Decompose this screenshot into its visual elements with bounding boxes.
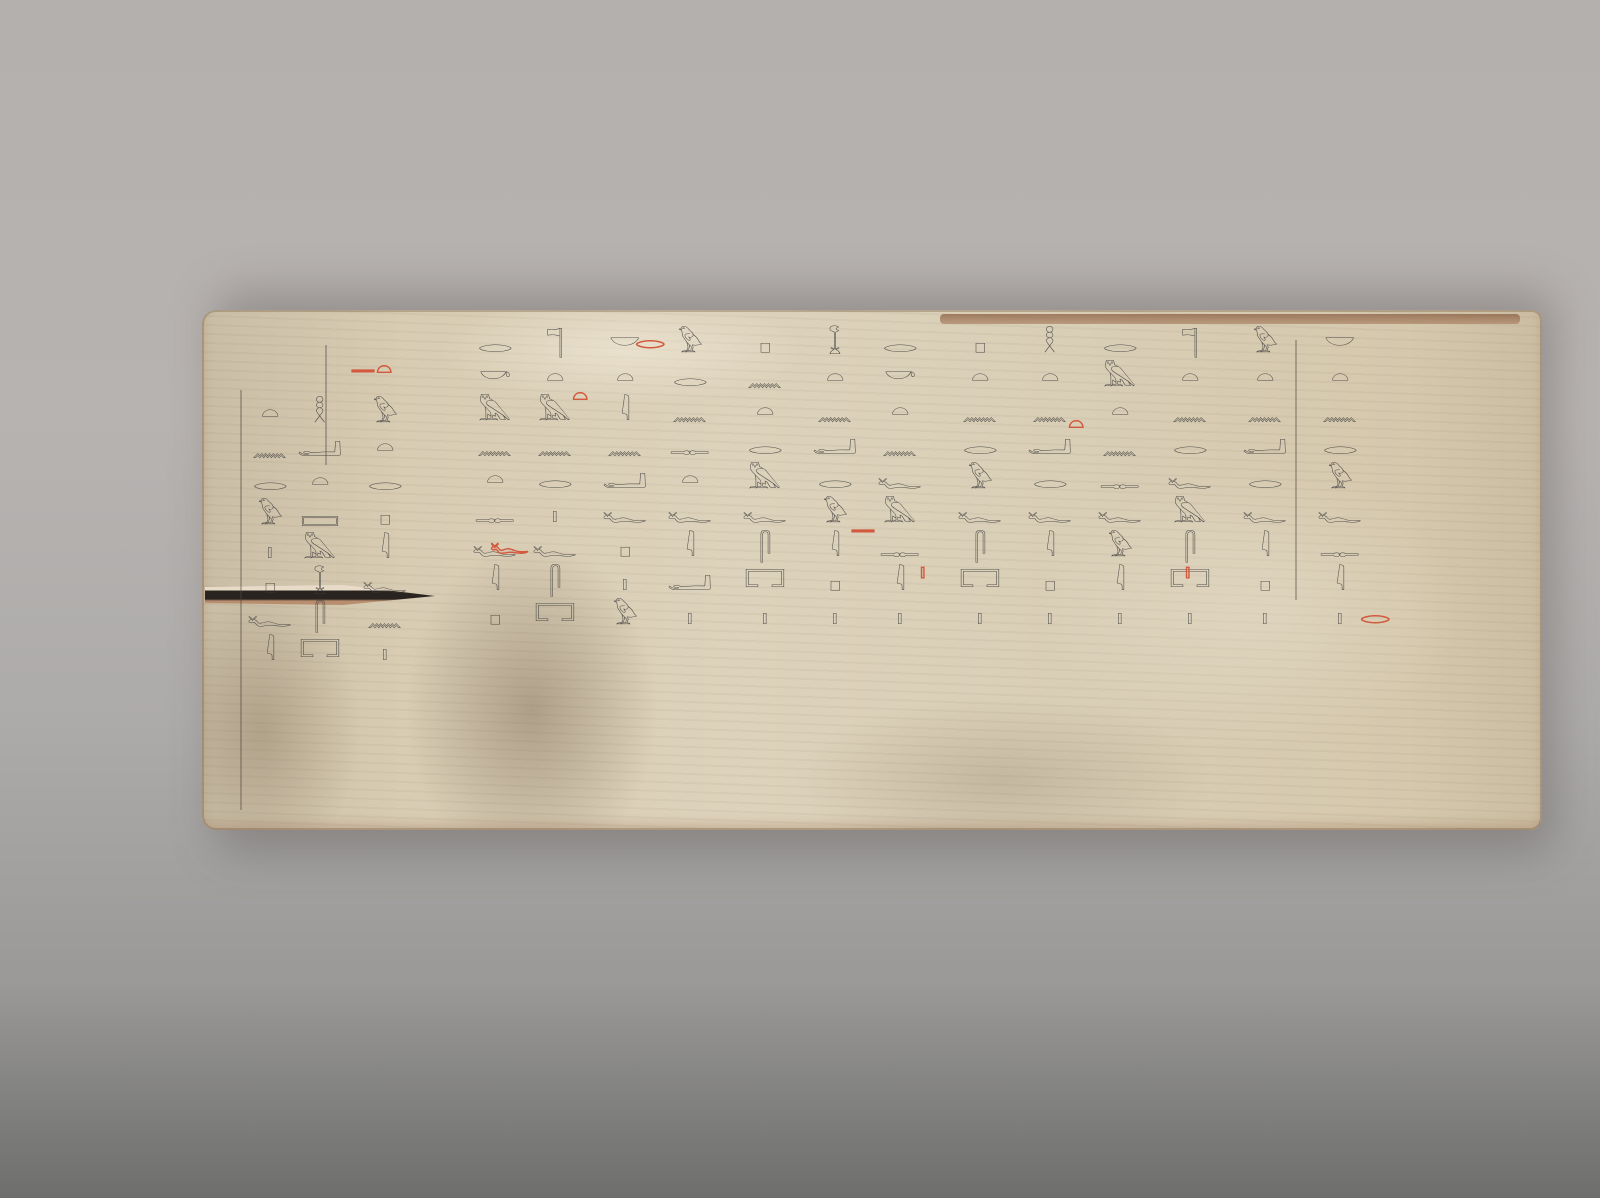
hieratic-glyph: 𓇋: [265, 638, 275, 666]
hieratic-glyph: 𓂋: [252, 468, 287, 496]
hieratic-glyph: 𓏏: [376, 434, 395, 462]
hieratic-glyph: 𓏤: [1187, 602, 1193, 630]
script-column: 𓅱𓂋𓈖𓊃𓏏𓆑𓇋𓂝𓏤: [670, 330, 710, 630]
hieratic-glyph: 𓊃: [670, 432, 711, 460]
hieratic-glyph: 𓈖: [252, 434, 288, 462]
hieratic-glyph: 𓉐: [744, 568, 785, 596]
hieratic-glyph: 𓊪: [264, 570, 276, 598]
hieratic-glyph: 𓏤: [1047, 602, 1053, 630]
script-column: 𓅱𓏏𓈖𓂝𓂋𓆑𓇋𓊪𓏤: [1245, 330, 1285, 630]
hieratic-glyph: 𓊪: [1259, 568, 1271, 596]
hieratic-glyph: 𓇋: [685, 534, 695, 562]
hieratic-glyph: 𓊃: [1100, 466, 1141, 494]
hieratic-glyph: 𓇋: [490, 568, 500, 596]
red-correction-mark: 𓏏: [1068, 400, 1084, 442]
script-column: 𓎟𓏏𓇋𓈖𓂝𓆑𓊪𓏤𓅱: [605, 330, 645, 630]
hieratic-glyph: 𓏤: [687, 602, 693, 630]
hieratic-glyph: 𓆑: [668, 500, 713, 528]
hieratic-glyph: 𓂋: [537, 466, 572, 494]
hieratic-glyph: 𓆑: [533, 534, 578, 562]
hieratic-glyph: 𓈙: [300, 502, 339, 530]
hieratic-glyph: 𓏤: [1262, 602, 1268, 630]
red-correction-mark: 𓏤: [920, 545, 925, 587]
hieratic-glyph: 𓂋: [1102, 330, 1137, 358]
hieratic-glyph: 𓏏: [616, 364, 635, 392]
ruled-line: [1295, 340, 1297, 600]
red-correction-mark: 𓏤: [1185, 545, 1190, 587]
hieratic-glyph: 𓂋: [672, 364, 707, 392]
hieratic-glyph: 𓅱: [257, 502, 283, 530]
script-column: 𓂋𓎡𓏏𓈖𓆑𓅓𓊃𓇋𓏤: [880, 330, 920, 630]
hieratic-glyph: 𓏤: [622, 568, 628, 596]
script-column: 𓂋𓅓𓏏𓈖𓊃𓆑𓅱𓇋𓏤: [1100, 330, 1140, 630]
hieratic-glyph: 𓏤: [897, 602, 903, 630]
hieratic-glyph: 𓅱: [967, 466, 993, 494]
hieratic-glyph: 𓇋: [1335, 568, 1345, 596]
hieratic-glyph: 𓏏: [681, 466, 700, 494]
hieratic-glyph: 𓅓: [478, 398, 511, 426]
script-column: 𓎟𓏏𓈖𓂋𓅱𓆑𓊃𓇋𓏤: [1320, 330, 1360, 630]
hieratic-glyph: 𓆑: [1028, 500, 1073, 528]
hieratic-glyph: 𓏏: [1111, 398, 1130, 426]
hieratic-glyph: 𓏏: [826, 364, 845, 392]
hieratic-glyph: 𓏤: [832, 602, 838, 630]
hieratic-glyph: 𓏏: [261, 400, 280, 428]
hieratic-glyph: 𓋴: [759, 534, 772, 562]
hieratic-glyph: 𓈖: [367, 604, 403, 632]
hieratic-glyph: 𓂝: [297, 434, 342, 462]
script-column: 𓊹𓏏𓅓𓈖𓂋𓏤𓆑𓋴𓉐: [535, 330, 575, 630]
board-top-edge-wear: [940, 314, 1520, 324]
hieratic-glyph: 𓈖: [672, 398, 708, 426]
red-correction-mark: 𓂋: [1360, 590, 1391, 632]
hieratic-glyph: 𓏏: [756, 398, 775, 426]
hieratic-glyph: 𓏤: [977, 602, 983, 630]
hieratic-glyph: 𓆑: [1243, 500, 1288, 528]
hieratic-glyph: 𓆑: [1168, 466, 1213, 494]
hieratic-glyph: 𓊹: [1181, 330, 1199, 358]
hieratic-glyph: 𓈖: [1172, 398, 1208, 426]
hieratic-glyph: 𓎛: [1043, 330, 1056, 358]
hieratic-glyph: 𓏏: [1181, 364, 1200, 392]
hieratic-glyph: 𓇋: [380, 536, 390, 564]
hieratic-glyph: 𓆑: [878, 466, 923, 494]
hieratic-glyph: 𓈖: [962, 398, 998, 426]
hieratic-glyph: 𓏤: [267, 536, 273, 564]
hieratic-glyph: 𓏏: [1331, 364, 1350, 392]
hieratic-glyph: 𓇋: [1115, 568, 1125, 596]
hieratic-glyph: 𓊪: [829, 568, 841, 596]
hieratic-glyph: 𓂋: [367, 468, 402, 496]
hieratic-glyph: 𓅓: [748, 466, 781, 494]
red-correction-mark: —: [850, 515, 876, 545]
hieratic-glyph: 𓂋: [962, 432, 997, 460]
hieratic-glyph: 𓎡: [479, 364, 511, 392]
hieratic-glyph: 𓂋: [747, 432, 782, 460]
script-column: 𓏏𓈖𓂋𓅱𓏤𓊪𓆑𓇋: [250, 400, 290, 666]
hieratic-glyph: 𓈖: [607, 432, 643, 460]
hieratic-glyph: 𓏤: [552, 500, 558, 528]
script-column: 𓆼𓏏𓈖𓂝𓂋𓅱𓇋𓊪𓏤: [815, 330, 855, 630]
hieratic-glyph: 𓉐: [959, 568, 1000, 596]
hieratic-glyph: 𓋴: [974, 534, 987, 562]
hieratic-glyph: 𓂝: [812, 432, 857, 460]
hieratic-glyph: 𓇋: [620, 398, 630, 426]
hieratic-glyph: 𓆼: [828, 330, 842, 358]
hieratic-glyph: 𓊪: [489, 602, 501, 630]
hieratic-glyph: 𓏏: [546, 364, 565, 392]
hieratic-glyph: 𓈖: [1032, 398, 1068, 426]
hieratic-glyph: 𓈖: [1322, 398, 1358, 426]
hieratic-glyph: 𓅱: [1252, 330, 1278, 358]
hieratic-glyph: 𓂋: [1322, 432, 1357, 460]
hieratic-glyph: 𓅱: [1327, 466, 1353, 494]
hieratic-glyph: 𓂝: [602, 466, 647, 494]
hieratic-glyph: 𓂝: [667, 568, 712, 596]
hieratic-glyph: 𓆑: [1318, 500, 1363, 528]
hieratic-glyph: 𓊪: [974, 330, 986, 358]
hieratic-glyph: 𓇋: [1045, 534, 1055, 562]
hieratic-glyph: 𓆼: [313, 570, 327, 598]
hieratic-glyph: 𓅓: [1173, 500, 1206, 528]
hieratic-glyph: 𓇋: [895, 568, 905, 596]
hieratic-glyph: 𓊪: [619, 534, 631, 562]
hieratic-glyph: 𓂋: [1247, 466, 1282, 494]
hieratic-glyph: 𓂋: [817, 466, 852, 494]
script-column: 𓎛𓏏𓈖𓂝𓂋𓆑𓇋𓊪𓏤: [1030, 330, 1070, 630]
ruled-line: [240, 390, 242, 810]
red-correction-mark: —𓏏: [350, 345, 392, 387]
hieratic-glyph: 𓂝: [1242, 432, 1287, 460]
hieratic-glyph: 𓊪: [759, 330, 771, 358]
hieratic-glyph: 𓅱: [677, 330, 703, 358]
hieratic-glyph: 𓊹: [546, 330, 564, 358]
hieratic-glyph: 𓂝: [1027, 432, 1072, 460]
hieratic-glyph: 𓈖: [537, 432, 573, 460]
hieratic-glyph: 𓂋: [477, 330, 512, 358]
hieratic-glyph: 𓊃: [880, 534, 921, 562]
hieratic-glyph: 𓏏: [486, 466, 505, 494]
hieratic-glyph: 𓅓: [883, 500, 916, 528]
hieratic-glyph: 𓊪: [1044, 568, 1056, 596]
hieratic-glyph: 𓈖: [882, 432, 918, 460]
hieratic-glyph: 𓇋: [830, 534, 840, 562]
hieratic-glyph: 𓈖: [817, 398, 853, 426]
script-column: 𓅱𓏏𓂋𓊪𓇋𓆑𓈖𓏤: [365, 400, 405, 666]
hieratic-glyph: 𓂋: [1032, 466, 1067, 494]
hieratic-glyph: 𓏤: [1337, 602, 1343, 630]
hieratic-glyph: 𓆑: [958, 500, 1003, 528]
script-column: 𓊪𓈖𓏏𓂋𓅓𓆑𓋴𓉐𓏤: [745, 330, 785, 630]
hieratic-glyph: 𓊪: [379, 502, 391, 530]
hieratic-glyph: 𓈖: [477, 432, 513, 460]
hieratic-glyph: 𓈖: [1247, 398, 1283, 426]
red-correction-mark: 𓂋: [635, 315, 666, 357]
hieratic-glyph: 𓅓: [1103, 364, 1136, 392]
red-correction-mark: 𓏏: [572, 372, 588, 414]
hieratic-glyph: 𓅱: [1107, 534, 1133, 562]
script-column: 𓂋𓎡𓅓𓈖𓏏𓊃𓆑𓇋𓊪: [475, 330, 515, 630]
hieratic-glyph: 𓂋: [882, 330, 917, 358]
hieratic-glyph: 𓆑: [603, 500, 648, 528]
hieratic-glyph: 𓇋: [1260, 534, 1270, 562]
hieratic-glyph: 𓎡: [884, 364, 916, 392]
hieratic-glyph: 𓆑: [248, 604, 293, 632]
hieratic-glyph: 𓆑: [1098, 500, 1143, 528]
hieratic-glyph: 𓏏: [1256, 364, 1275, 392]
hieratic-glyph: 𓅱: [372, 400, 398, 428]
script-column: 𓊪𓏏𓈖𓂋𓅱𓆑𓋴𓉐𓏤: [960, 330, 1000, 630]
hieratic-glyph: 𓏤: [762, 602, 768, 630]
red-correction-mark: 𓆑: [490, 520, 529, 562]
hieratic-glyph: 𓂋: [1172, 432, 1207, 460]
hieratic-glyph: 𓋴: [549, 568, 562, 596]
hieratic-glyph: 𓅓: [303, 536, 336, 564]
hieratic-glyph: 𓎛: [313, 400, 326, 428]
hieratic-glyph: 𓏤: [382, 638, 388, 666]
hieratic-glyph: 𓆑: [363, 570, 408, 598]
hieratic-glyph: 𓏤: [1117, 602, 1123, 630]
hieratic-glyph: 𓏏: [971, 364, 990, 392]
hieratic-glyph: 𓏏: [311, 468, 330, 496]
hieratic-glyph: 𓎟: [1324, 330, 1355, 358]
hieratic-glyph: 𓏏: [891, 398, 910, 426]
hieratic-glyph: 𓊃: [1320, 534, 1361, 562]
script-column: 𓎛𓂝𓏏𓈙𓅓𓆼𓋴𓉐: [300, 400, 340, 666]
hieratic-glyph: 𓆑: [743, 500, 788, 528]
hieratic-glyph: 𓅓: [538, 398, 571, 426]
hieratic-glyph: 𓈖: [747, 364, 783, 392]
hieratic-glyph: 𓅱: [612, 602, 638, 630]
hieratic-glyph: 𓋴: [314, 604, 327, 632]
hieratic-glyph: 𓅱: [822, 500, 848, 528]
hieratic-glyph: 𓉐: [299, 638, 340, 666]
hieratic-glyph: 𓉐: [534, 602, 575, 630]
hieratic-glyph: 𓈖: [1102, 432, 1138, 460]
hieratic-glyph: 𓏏: [1041, 364, 1060, 392]
